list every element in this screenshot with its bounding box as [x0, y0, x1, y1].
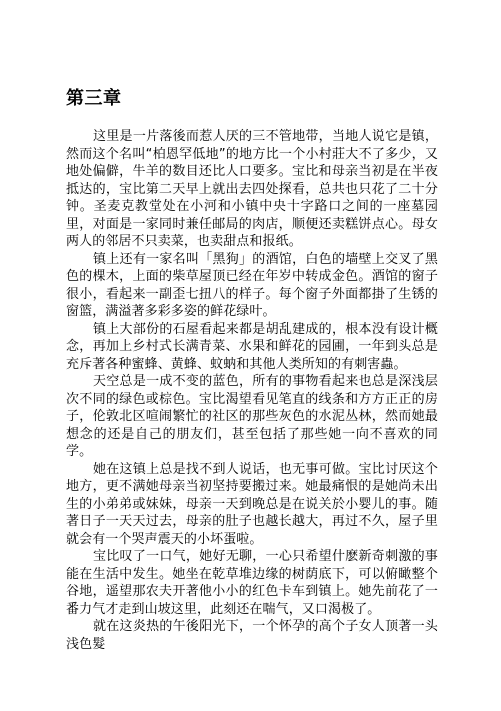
- paragraph: 天空总是一成不变的蓝色，所有的事物看起来也总是深浅层次不同的绿色或棕色。宝比渴望…: [66, 373, 438, 461]
- paragraph: 她在这镇上总是找不到人说话，也无事可做。宝比讨厌这个地方，更不满她母亲当初坚持要…: [66, 461, 438, 549]
- paragraph: 这里是一片落後而惹人厌的三不管地带，当地人说它是镇，然而这个名叫“柏恩罕低地”的…: [66, 128, 438, 251]
- paragraph: 宝比叹了一口气，她好无聊，一心只希望什麽新奇刺激的事能在生活中发生。她坐在乾草堆…: [66, 548, 438, 618]
- document-page: 第三章 这里是一片落後而惹人厌的三不管地带，当地人说它是镇，然而这个名叫“柏恩罕…: [66, 88, 438, 653]
- paragraph: 镇上大部份的石屋看起来都是胡乱建成的，根本没有设计概念，再加上乡村式长满青菜、水…: [66, 321, 438, 374]
- paragraph: 就在这炎热的午後阳光下，一个怀孕的高个子女人顶著一头浅色髮: [66, 618, 438, 653]
- chapter-title: 第三章: [66, 88, 438, 110]
- paragraph: 镇上还有一家名叫「黑狗」的酒馆，白色的墙壁上交叉了黑色的棵木，上面的柴草屋顶已经…: [66, 251, 438, 321]
